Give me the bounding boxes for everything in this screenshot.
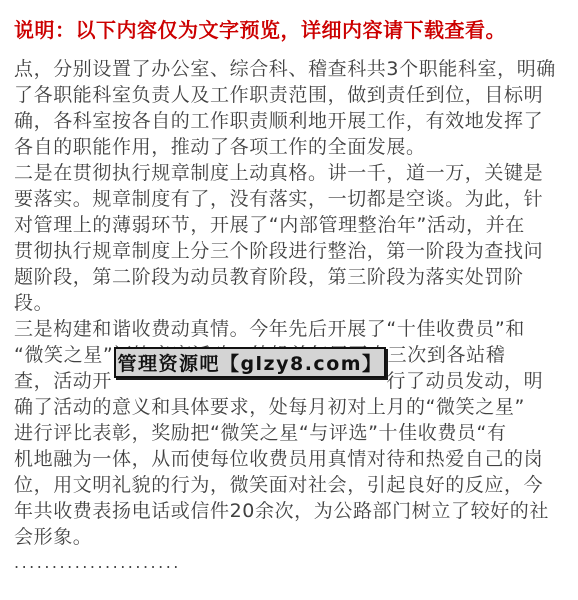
text-line: 各自的职能作用，推动了各项工作的全面发展。 (14, 134, 564, 160)
text-line: 题阶段，第二阶段为动员教育阶段，第三阶段为落实处罚阶 (14, 264, 564, 290)
text-line: 进行评比表彰，奖励把“微笑之星“与评选”十佳收费员“有 (14, 420, 564, 446)
text-line: 对管理上的薄弱环节，开展了“内部管理整治年”活动，并在 (14, 212, 564, 238)
text-line: 确了活动的意义和具体要求，处每月初对上月的“微笑之星” (14, 394, 564, 420)
text-line: 点，分别设置了办公室、综合科、稽查科共3个职能科室，明确 (14, 56, 564, 82)
preview-page: 说明：以下内容仅为文字预览，详细内容请下载查看。 点，分别设置了办公室、综合科、… (0, 0, 578, 600)
text-line: 三是构建和谐收费动真情。今年先后开展了“十佳收费员”和 (14, 316, 564, 342)
text-line: 要落实。规章制度有了，没有落实，一切都是空谈。为此，针 (14, 186, 564, 212)
watermark-badge: 管理资源吧【glzy8.com】 (114, 347, 386, 378)
watermark-text: 管理资源吧【glzy8.com】 (117, 349, 382, 376)
text-line: 机地融为一体，从而使每位收费员用真情对待和热爱自己的岗 (14, 446, 564, 472)
text-line: 位，用文明礼貌的行为，微笑面对社会，引起良好的反应，今 (14, 472, 564, 498)
document-text: 点，分别设置了办公室、综合科、稽查科共3个职能科室，明确了各职能科室负责人及工作… (14, 56, 564, 576)
text-line: 贯彻执行规章制度上分三个阶段进行整治，第一阶段为查找问 (14, 238, 564, 264)
text-line: 段。 (14, 290, 564, 316)
text-line: 年共收费表扬电话或信件20余次，为公路部门树立了较好的社 (14, 498, 564, 524)
text-line: ...................... (14, 550, 564, 576)
text-line: 会形象。 (14, 524, 564, 550)
text-line: 确，各科室按各自的工作职责顺利地开展工作，有效地发挥了 (14, 108, 564, 134)
preview-notice: 说明：以下内容仅为文字预览，详细内容请下载查看。 (14, 18, 564, 42)
text-line: 二是在贯彻执行规章制度上动真格。讲一千，道一万，关键是 (14, 160, 564, 186)
text-line: 了各职能科室负责人及工作职责范围，做到责任到位，目标明 (14, 82, 564, 108)
